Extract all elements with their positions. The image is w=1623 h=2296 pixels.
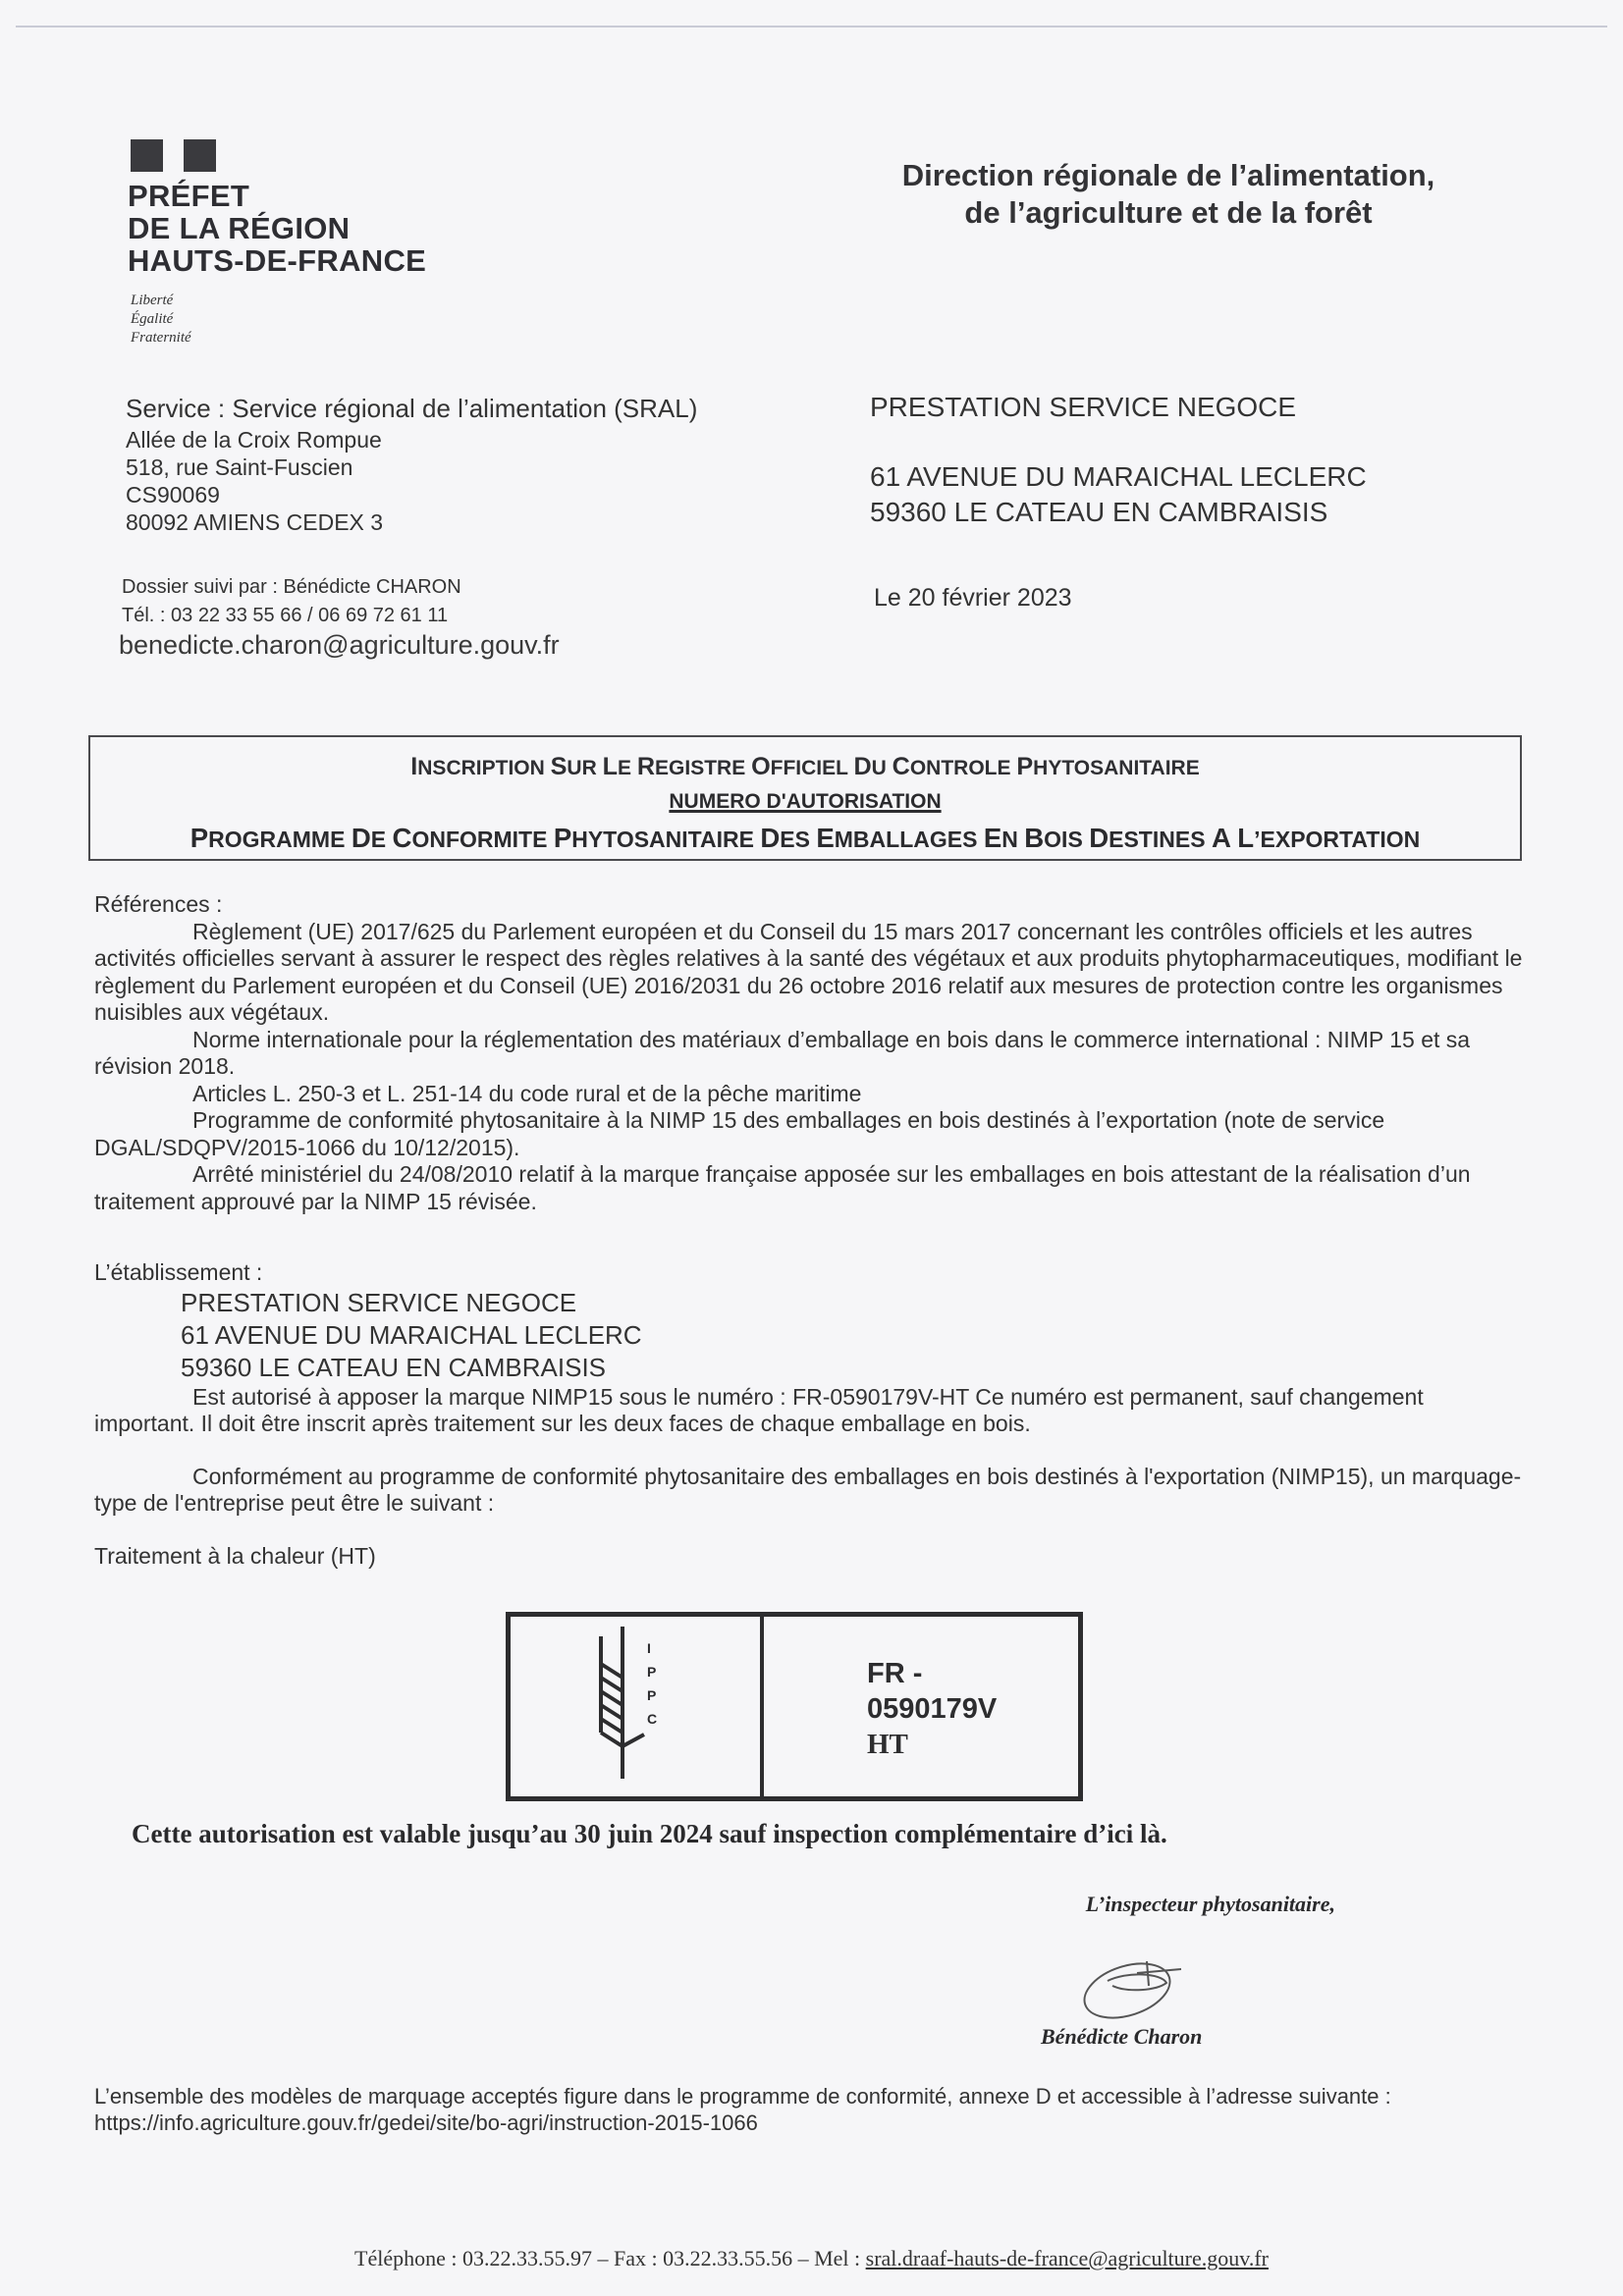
wheat-ear-icon (511, 1617, 756, 1798)
letter-date: Le 20 février 2023 (874, 584, 1072, 613)
recipient-name: PRESTATION SERVICE NEGOCE (870, 392, 1296, 423)
republic-motto: Liberté Égalité Fraternité (131, 292, 191, 347)
title-line-program: PROGRAMME DE CONFORMITE PHYTOSANITAIRE D… (90, 823, 1520, 854)
title-box: INSCRIPTION SUR LE REGISTRE OFFICIEL DU … (88, 735, 1522, 861)
sender-service: Service : Service régional de l’alimenta… (126, 395, 697, 422)
letter-body: Références : Règlement (UE) 2017/625 du … (94, 891, 1528, 1570)
dossier-followed-by: Dossier suivi par : Bénédicte CHARON (122, 573, 461, 602)
motto-fraternite: Fraternité (131, 329, 191, 347)
direction-line: Direction régionale de l’alimentation, (844, 157, 1492, 194)
signatory-name: Bénédicte Charon (1041, 2024, 1202, 2050)
address-line: 61 AVENUE DU MARAICHAL LECLERC (870, 459, 1367, 495)
prefet-title: PRÉFET DE LA RÉGION HAUTS-DE-FRANCE (128, 180, 426, 277)
prefet-line: PRÉFET (128, 180, 426, 212)
etablissement-name: PRESTATION SERVICE NEGOCE (94, 1287, 1528, 1319)
mark-code: FR - 0590179V HT (764, 1617, 1078, 1796)
footer-email-link[interactable]: sral.draaf-hauts-de-france@agriculture.g… (866, 2246, 1269, 2270)
prefet-line: HAUTS-DE-FRANCE (128, 244, 426, 277)
dossier-contact: Dossier suivi par : Bénédicte CHARON Tél… (122, 573, 461, 630)
address-line: 80092 AMIENS CEDEX 3 (126, 508, 383, 536)
scan-top-rule (16, 26, 1607, 27)
mark-registration-number: 0590179V (867, 1691, 1078, 1727)
direction-heading: Direction régionale de l’alimentation, d… (844, 157, 1492, 232)
footer-contact: Téléphone : 03.22.33.55.97 – Fax : 03.22… (0, 2246, 1623, 2271)
title-line-authorization-number: NUMERO D'AUTORISATION (90, 790, 1520, 814)
motto-liberte: Liberté (131, 292, 191, 310)
validity-statement: Cette autorisation est valable jusqu’au … (132, 1819, 1167, 1849)
etablissement-label: L’établissement : (94, 1259, 1528, 1287)
direction-line: de l’agriculture et de la forêt (844, 194, 1492, 232)
marianne-logo-icon (131, 139, 219, 173)
reference-item: Articles L. 250-3 et L. 251-14 du code r… (94, 1081, 1528, 1108)
ippc-letter: C (647, 1707, 657, 1731)
title-line-registry: INSCRIPTION SUR LE REGISTRE OFFICIEL DU … (90, 753, 1520, 781)
ippc-letter: I (647, 1636, 657, 1660)
contact-phone: Tél. : 03 22 33 55 66 / 06 69 72 61 11 (122, 602, 461, 630)
contact-email[interactable]: benedicte.charon@agriculture.gouv.fr (119, 630, 560, 661)
references-label: Références : (94, 891, 1528, 919)
address-line: CS90069 (126, 481, 383, 508)
ippc-letter: P (647, 1683, 657, 1707)
mark-treatment-code: HT (867, 1727, 1078, 1762)
reference-item: Règlement (UE) 2017/625 du Parlement eur… (94, 919, 1528, 1027)
etablissement-street: 61 AVENUE DU MARAICHAL LECLERC (94, 1319, 1528, 1352)
signatory-title: L’inspecteur phytosanitaire, (1011, 1892, 1335, 1917)
handwritten-signature-icon (1068, 1951, 1216, 2020)
reference-item: Arrêté ministériel du 24/08/2010 relatif… (94, 1161, 1528, 1215)
address-line: 59360 LE CATEAU EN CAMBRAISIS (870, 495, 1367, 530)
nimp15-mark: I P P C FR - 0590179V HT (506, 1612, 1083, 1801)
ippc-letters: I P P C (647, 1636, 657, 1731)
sender-address: Allée de la Croix Rompue 518, rue Saint-… (126, 426, 383, 536)
treatment-label: Traitement à la chaleur (HT) (94, 1543, 1528, 1571)
footer-phone-fax: Téléphone : 03.22.33.55.97 – Fax : 03.22… (354, 2246, 866, 2270)
ippc-symbol: I P P C (511, 1617, 764, 1796)
recipient-address: 61 AVENUE DU MARAICHAL LECLERC 59360 LE … (870, 459, 1367, 530)
ippc-letter: P (647, 1660, 657, 1683)
authorization-statement: Est autorisé à apposer la marque NIMP15 … (94, 1384, 1528, 1438)
reference-item: Norme internationale pour la réglementat… (94, 1027, 1528, 1081)
conformity-statement: Conformément au programme de conformité … (94, 1464, 1528, 1518)
mark-country-code: FR - (867, 1656, 1078, 1691)
prefet-line: DE LA RÉGION (128, 212, 426, 244)
reference-item: Programme de conformité phytosanitaire à… (94, 1107, 1528, 1161)
address-line: Allée de la Croix Rompue (126, 426, 383, 454)
etablissement-city: 59360 LE CATEAU EN CAMBRAISIS (94, 1352, 1528, 1384)
address-line: 518, rue Saint-Fuscien (126, 454, 383, 481)
motto-egalite: Égalité (131, 310, 191, 329)
models-note: L’ensemble des modèles de marquage accep… (94, 2083, 1508, 2136)
